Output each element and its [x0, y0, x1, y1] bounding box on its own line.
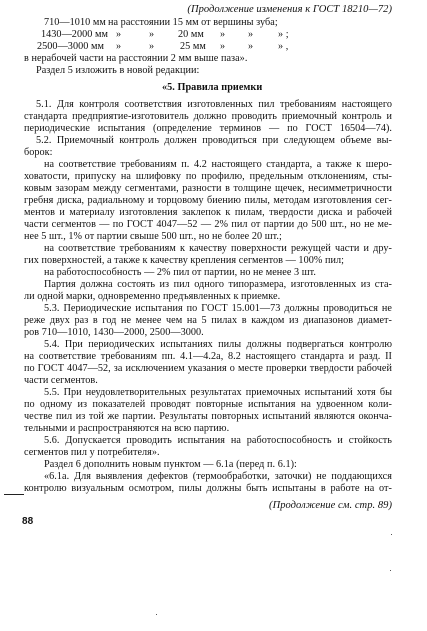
row-distance: 25 мм	[180, 41, 206, 53]
text-line: Раздел 6 дополнить новым пунктом — 6.1а …	[44, 459, 297, 471]
ditto-mark: »	[149, 29, 154, 41]
text-line: сегментов пил у потребителя».	[24, 447, 160, 459]
ditto-mark: » ;	[278, 29, 289, 41]
text-line: 5.3. Периодические испытания по ГОСТ 15.…	[44, 303, 392, 315]
text-line: в нерабочей части на расстоянии 2 мм выш…	[24, 53, 247, 65]
scan-speck	[391, 534, 392, 535]
text-line: 5.2. Приемочный контроль должен проводит…	[36, 135, 392, 147]
text-line: реже двух раз в год не менее чем на 5 пи…	[24, 315, 392, 327]
text-line: ментов и материалу изготовления заклепок…	[24, 207, 392, 219]
text-line: 5.1. Для контроля соответствия изготовле…	[36, 99, 392, 111]
text-line: 5.6. Допускается проводить испытания на …	[44, 435, 392, 447]
row-range: 1430—2000 мм	[41, 29, 108, 41]
ditto-mark: »	[248, 29, 253, 41]
ditto-mark: »	[116, 29, 121, 41]
text-line: 5.5. При неудовлетворительных результата…	[44, 387, 392, 399]
running-header: (Продолжение изменения к ГОСТ 18210—72)	[187, 4, 392, 16]
text-line: по ГОСТ 4047—52, за исключением указания…	[24, 363, 392, 375]
continued-note: (Продолжение см. стр. 89)	[269, 500, 392, 512]
row-range: 2500—3000 мм	[37, 41, 104, 53]
text-line: нее 5 шт., 1% от партии свыше 500 шт., н…	[24, 231, 282, 243]
text-line: гребня диска, радиальному и торцовому би…	[24, 195, 392, 207]
row-distance: 20 мм	[178, 29, 204, 41]
text-line: ховатости, припуску на шлифовку по профи…	[24, 171, 392, 183]
row-text: на расстоянии 15 мм от вершины зуба;	[108, 17, 278, 29]
ditto-mark: »	[149, 41, 154, 53]
text-line: гих поверхностей, а также к качеству кре…	[24, 255, 344, 267]
text-line: на соответствие требованиям к качеству п…	[44, 243, 392, 255]
text-line: ковым зазорам между сегментами, разности…	[24, 183, 392, 195]
text-line: «6.1а. Для выявления дефектов (термообра…	[44, 471, 392, 483]
text-line: ли одной марки, одновременно предъявленн…	[24, 291, 280, 303]
scan-speck	[156, 614, 157, 615]
text-line: на работоспособность — 2% пил от партии,…	[44, 267, 316, 279]
text-line: борок:	[24, 147, 53, 159]
text-line: периодические испытания (определение тер…	[24, 123, 392, 135]
ditto-mark: »	[248, 41, 253, 53]
text-line: ров 710—1010, 1430—2000, 2500—3000.	[24, 327, 204, 339]
ditto-mark: »	[116, 41, 121, 53]
text-line: честве пил из той же партии. Результаты …	[24, 411, 392, 423]
text-line: стандарта предприятие-изготовитель должн…	[24, 111, 392, 123]
text-line: тельными и распространяются на всю парти…	[24, 423, 229, 435]
text-line: по одному из показателей проводят повтор…	[24, 399, 392, 411]
page-number: 88	[22, 516, 33, 528]
text-line: части сегментов — по ГОСТ 4047—52 — 2% п…	[24, 219, 392, 231]
ditto-mark: » ,	[278, 41, 288, 53]
margin-rule	[4, 494, 24, 495]
row-range: 710—1010 мм	[44, 17, 106, 29]
ditto-mark: »	[220, 41, 225, 53]
text-line: части сегментов.	[24, 375, 98, 387]
text-line: на соответствие требованиям пп. 4.1—4.2а…	[24, 351, 392, 363]
section-title: «5. Правила приемки	[162, 82, 262, 94]
text-line: контролю визуальным осмотром, пилы должн…	[24, 483, 392, 495]
text-line: на соответствие требованиям п. 4.2 насто…	[44, 159, 392, 171]
scan-speck	[390, 570, 391, 571]
text-line: Партия должна состоять из пил одного тип…	[44, 279, 392, 291]
text-line: 5.4. При периодических испытаниях пилы д…	[44, 339, 392, 351]
text-line: Раздел 5 изложить в новой редакции:	[36, 65, 199, 77]
document-page: (Продолжение изменения к ГОСТ 18210—72) …	[0, 0, 427, 631]
ditto-mark: »	[220, 29, 225, 41]
